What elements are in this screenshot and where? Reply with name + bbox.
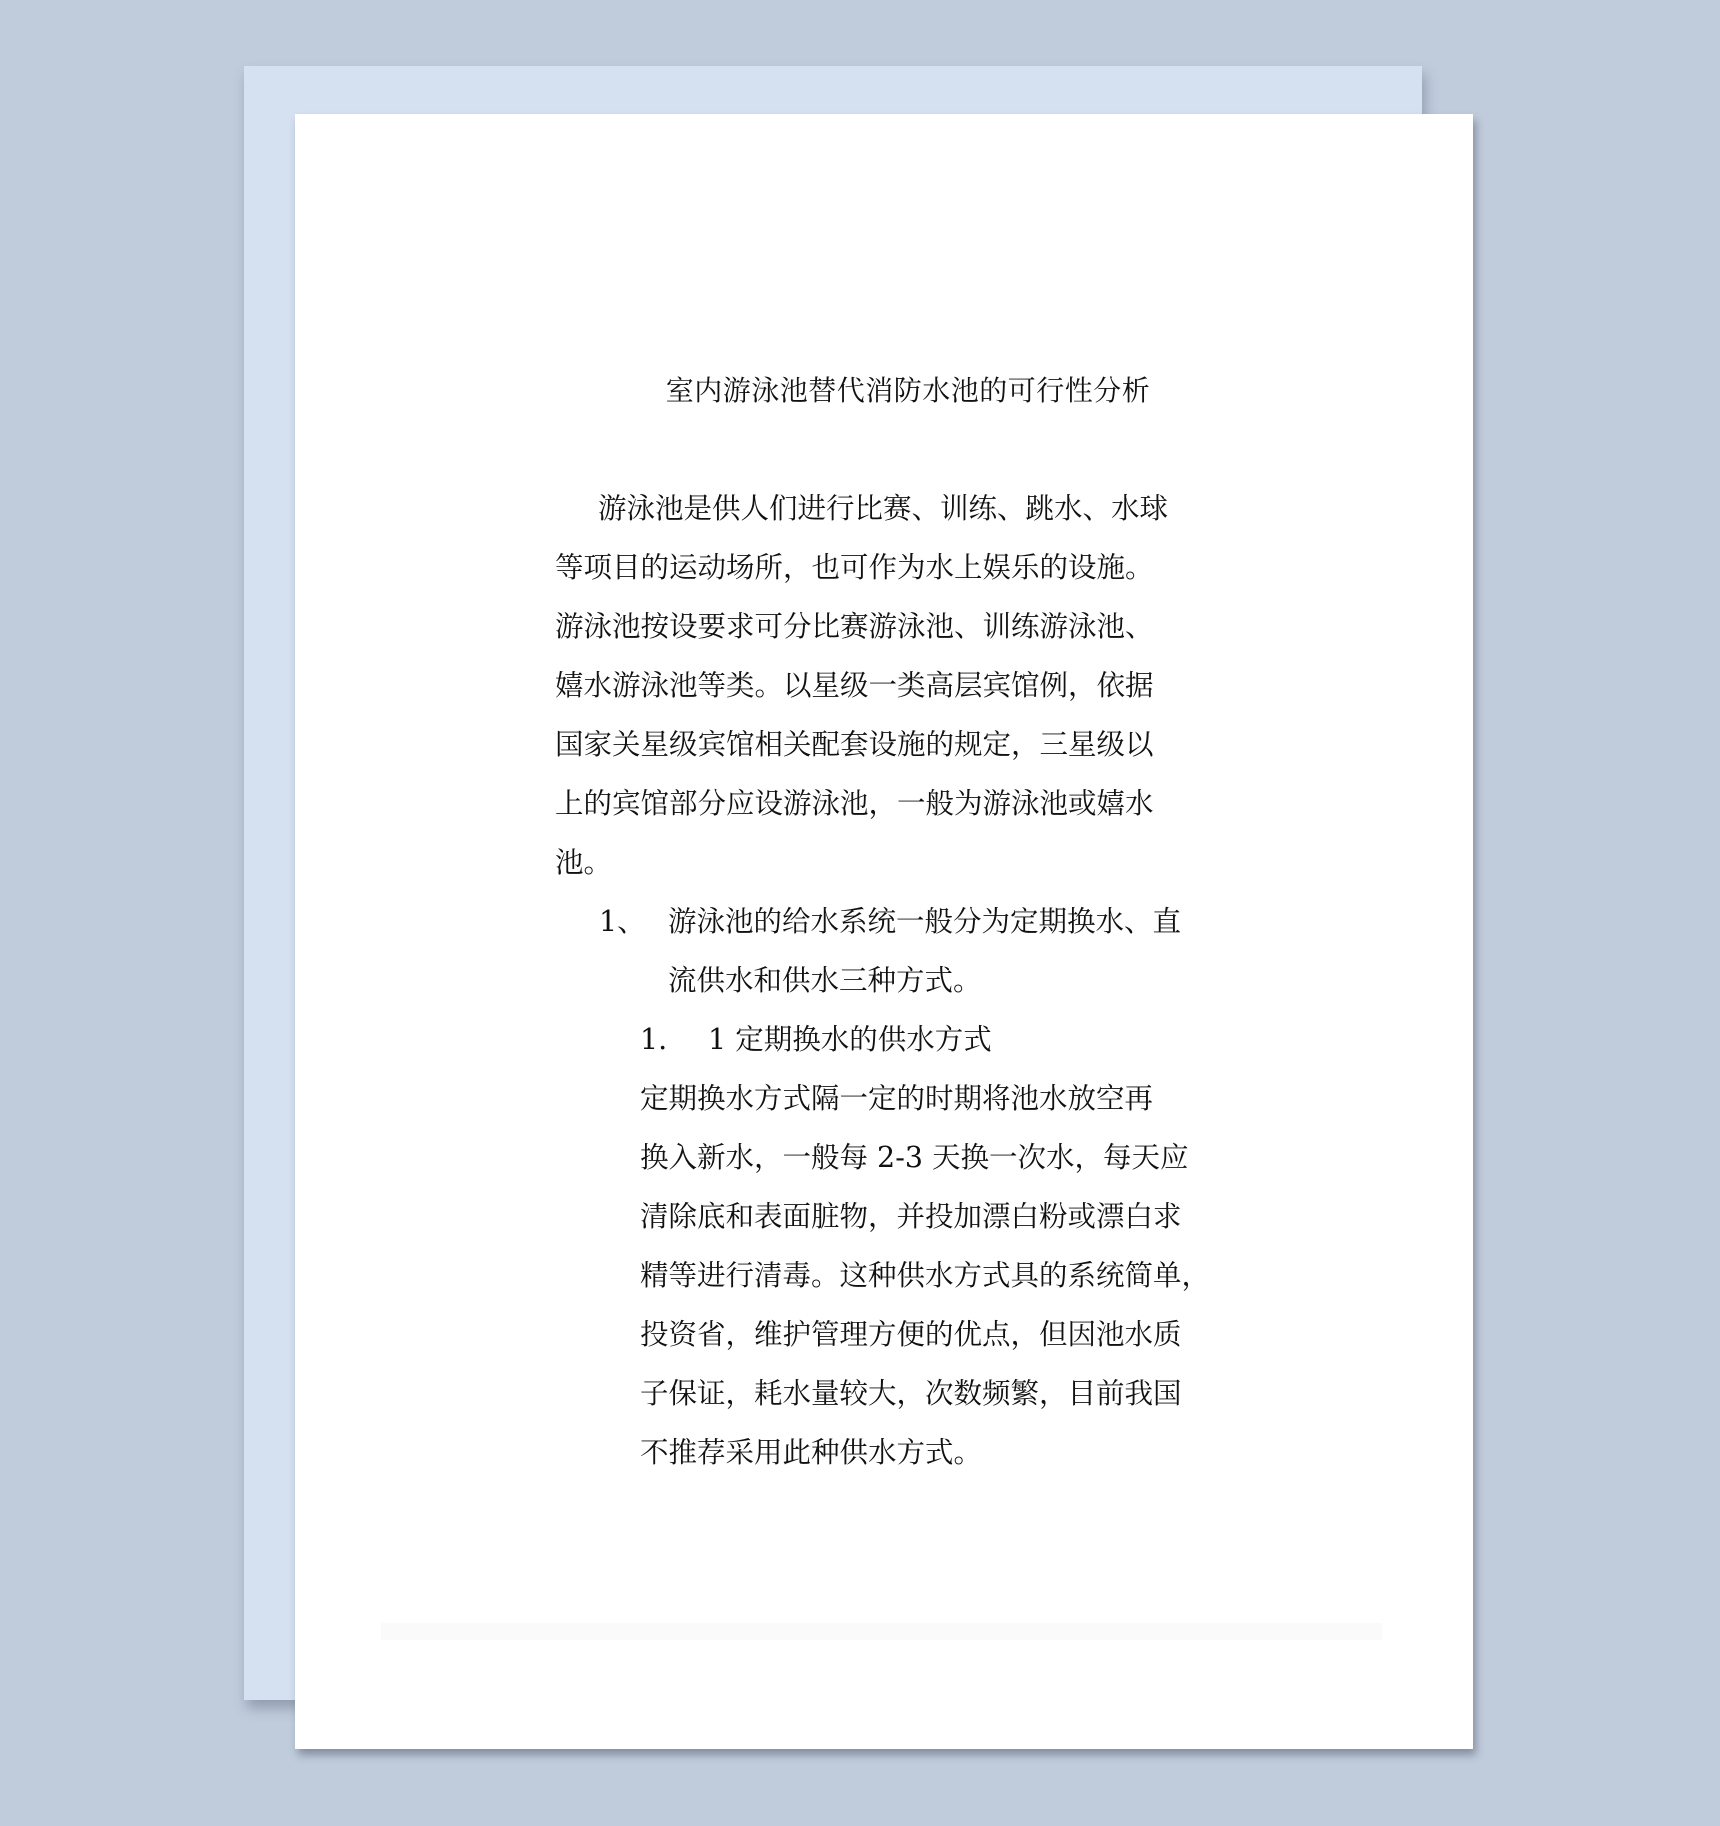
paragraph-line: 游泳池按设要求可分比赛游泳池、训练游泳池、 [555, 613, 1154, 642]
subsection-line: 子保证，耗水量较大，次数频繁，目前我国 [640, 1380, 1182, 1409]
subsection-number: 1. [640, 1026, 667, 1055]
subsection-line: 定期换水方式隔一定的时期将池水放空再 [640, 1085, 1153, 1114]
document-page: 室内游泳池替代消防水池的可行性分析 游泳池是供人们进行比赛、训练、跳水、水球 等… [295, 114, 1473, 1749]
document-title: 室内游泳池替代消防水池的可行性分析 [295, 369, 1473, 409]
subsection-line: 精等进行清毒。这种供水方式具的系统简单， [640, 1262, 1210, 1291]
paragraph-line: 嬉水游泳池等类。以星级一类高层宾馆例，依据 [555, 672, 1154, 701]
subsection-line: 换入新水，一般每 2-3 天换一次水，每天应 [640, 1144, 1189, 1173]
subsection-heading: 1 定期换水的供水方式 [708, 1026, 992, 1055]
footer-strip [381, 1623, 1382, 1640]
section-line: 游泳池的给水系统一般分为定期换水、直 [668, 908, 1181, 937]
paragraph-line: 等项目的运动场所，也可作为水上娱乐的设施。 [555, 554, 1154, 583]
section-line: 流供水和供水三种方式。 [668, 967, 982, 996]
subsection-line: 清除底和表面脏物，并投加漂白粉或漂白求 [640, 1203, 1182, 1232]
subsection-line: 不推荐采用此种供水方式。 [640, 1439, 982, 1468]
section-number: 1、 [599, 908, 646, 937]
paragraph-line: 国家关星级宾馆相关配套设施的规定，三星级以 [555, 731, 1154, 760]
subsection-line: 投资省，维护管理方便的优点，但因池水质 [640, 1321, 1182, 1350]
paragraph-line: 游泳池是供人们进行比赛、训练、跳水、水球 [598, 495, 1168, 524]
paragraph-line: 上的宾馆部分应设游泳池，一般为游泳池或嬉水 [555, 790, 1154, 819]
paragraph-line: 池。 [555, 849, 612, 878]
